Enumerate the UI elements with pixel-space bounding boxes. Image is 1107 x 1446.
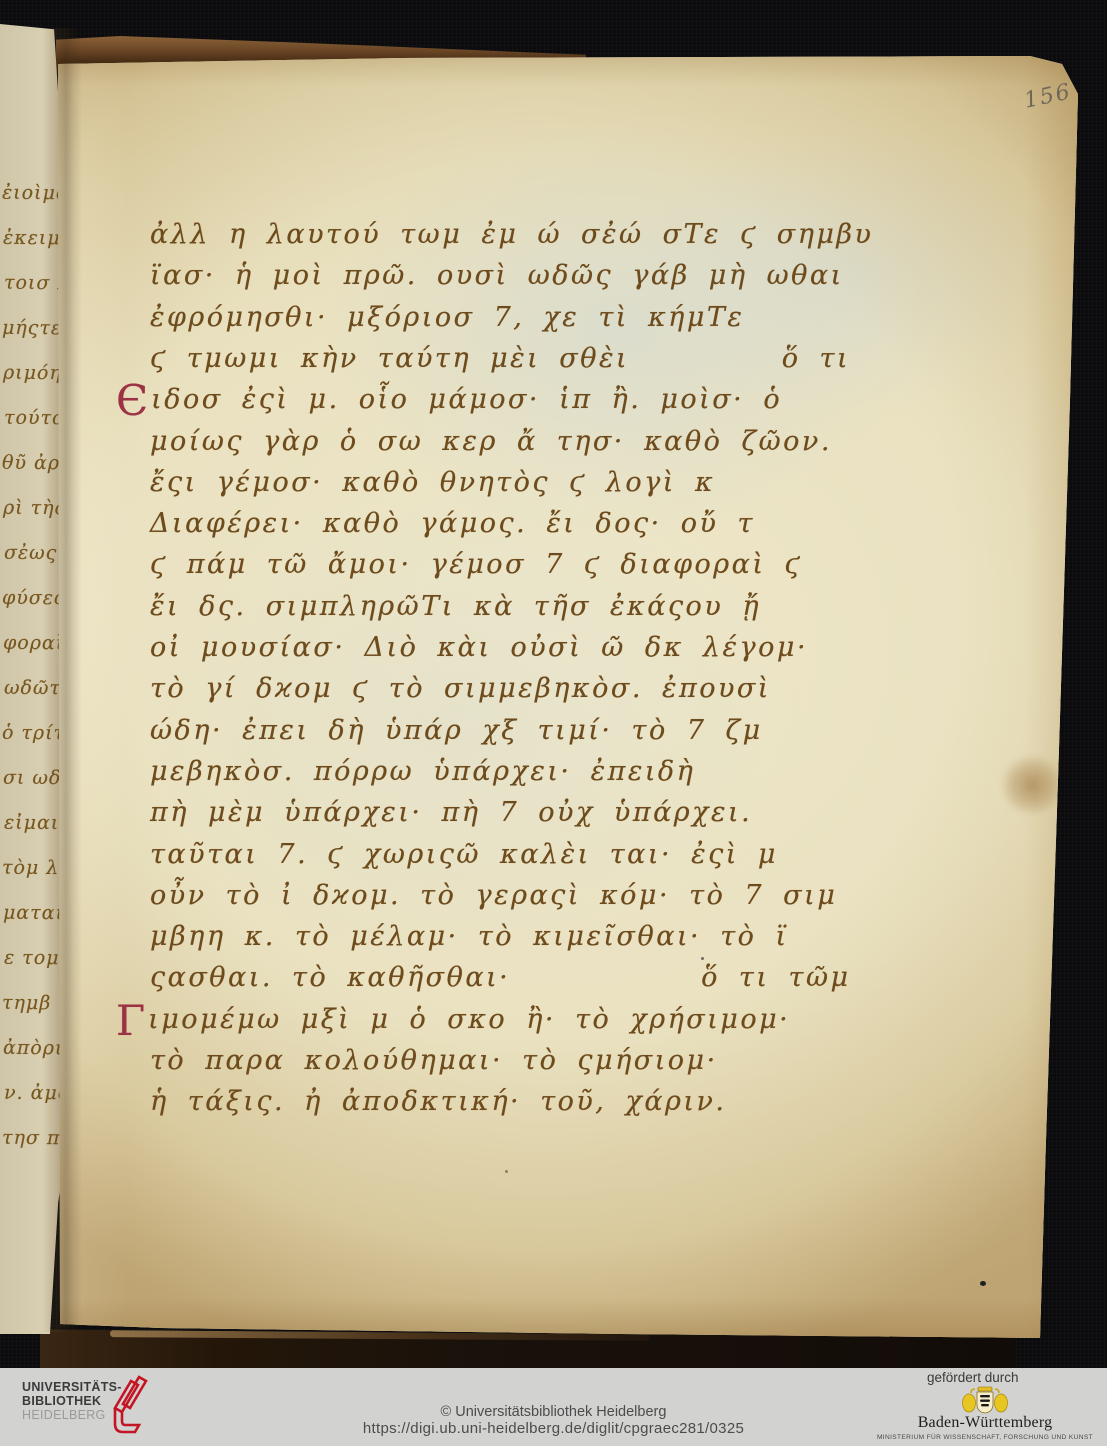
digitized-manuscript-viewer: ἐιοὶμαὶἐκειμτοισ πιμήςτεριμόητιτούτοιθῦ … — [0, 0, 1107, 1446]
manuscript-line-text: Διαφέρει· καθὸ γάμος. ἔι δος· οὔ τ — [150, 508, 755, 539]
facing-page-text-fragment: ἐκειμ — [3, 227, 61, 250]
funding-ministry-line: MINISTERIUM FÜR WISSENSCHAFT, FORSCHUNG … — [870, 1434, 1100, 1441]
manuscript-line-text: ταῦται 7. ϛ χωριςῶ καλὲι ται· ἐςὶ μ — [150, 839, 778, 870]
manuscript-line: οὖν τὸ ἰ δϰομ. τὸ γεραςὶ κόμ· τὸ 7 σιμ — [150, 875, 837, 916]
manuscript-line: ϊασ· ἡ μοὶ πρῶ. ουσὶ ωδῶς γάβ μὴ ωθαι — [150, 255, 844, 296]
manuscript-line: τὸ παρα κολούθημαι· τὸ ςμήσιομ· — [150, 1040, 718, 1081]
rubricated-initial: Γ — [116, 996, 145, 1045]
manuscript-line: ϛ πάμ τῶ ἄμοι· γέμοσ 7 ϛ διαφοραὶ ϛ — [150, 544, 802, 585]
rubricated-initial: Є — [116, 376, 148, 425]
manuscript-line-text: ςασθαι. τὸ καθῆσθαι· ὅ τι τῶμ — [150, 962, 851, 993]
manuscript-line: ἡ τάξις. ἠ ἀποδκτική· τοῦ, χάριν. — [150, 1081, 727, 1122]
manuscript-line: ἀλλ η λαυτού τωμ ἐμ ώ σἐώ σΤε ϛ σημβυ — [150, 214, 873, 255]
parchment-stain — [1000, 754, 1064, 816]
facing-page-text-fragment: τημβ — [2, 992, 51, 1014]
manuscript-line: Διαφέρει· καθὸ γάμος. ἔι δος· οὔ τ — [150, 503, 755, 544]
manuscript-line: ώδη· ἐπει δὴ ὑπάρ χξ τιμί· τὸ 7 ζμ — [150, 710, 763, 751]
manuscript-line-text: ιμομέμω μξὶ μ ὁ σκο ἢ· τὸ χρήσιμομ· — [148, 1004, 790, 1035]
manuscript-line-text: τὸ γί δϰομ ϛ τὸ σιμμεβηκὸσ. ἐπουσὶ — [150, 673, 771, 704]
ink-speck — [505, 1170, 508, 1173]
manuscript-line-text: ἡ τάξις. ἠ ἀποδκτική· τοῦ, χάριν. — [150, 1086, 727, 1117]
facing-page-text-fragment: ἀπὸρι — [3, 1037, 64, 1060]
manuscript-line: μοίως γὰρ ὁ σω κερ ἄ τησ· καθὸ ζῶον. — [150, 421, 832, 462]
footer-bar: UNIVERSITÄTS- BIBLIOTHEK HEIDELBERG © Un… — [0, 1368, 1107, 1446]
manuscript-line-text: ϛ πάμ τῶ ἄμοι· γέμοσ 7 ϛ διαφοραὶ ϛ — [150, 549, 802, 580]
funding-label: gefördert durch — [870, 1370, 1100, 1385]
facing-page-text-fragment: φοραὶ — [3, 632, 64, 655]
ink-speck — [980, 1281, 986, 1286]
manuscript-line-text: ἐφρόμησθι· μξόριοσ 7, χε τὶ κήμΤε — [150, 302, 744, 333]
manuscript-page: 156 ἀλλ η λαυτού τωμ ἐμ ώ σἐώ σΤε ϛ σημβ… — [0, 0, 1107, 1446]
manuscript-line-text: μβηη κ. τὸ μέλαμ· τὸ κιμεῖσθαι· τὸ ϊ — [150, 921, 789, 952]
manuscript-line-text: τὸ παρα κολούθημαι· τὸ ςμήσιομ· — [150, 1045, 718, 1076]
manuscript-line: ἔςι γέμοσ· καθὸ θνητὸς ϛ λογὶ κ — [150, 462, 715, 503]
funding-block: gefördert durch Baden-Württemberg MINIST… — [870, 1370, 1100, 1441]
baden-wuerttemberg-coat-of-arms-icon — [961, 1386, 1009, 1414]
manuscript-line: οἰ μουσίασ· Διὸ κὰι οὐσὶ ῶ δκ λέγομ· — [150, 627, 808, 668]
facing-page-text-fragment: ὁ τρίτ — [2, 722, 65, 745]
manuscript-line: ϛ τμωμι κὴν ταύτη μὲι σθὲι ὅ τι — [150, 338, 850, 379]
manuscript-line: Γιμομέμω μξὶ μ ὁ σκο ἢ· τὸ χρήσιμομ· — [116, 999, 790, 1041]
library-name-line1: UNIVERSITÄTS- — [22, 1380, 122, 1394]
manuscript-line: τὸ γί δϰομ ϛ τὸ σιμμεβηκὸσ. ἐπουσὶ — [150, 668, 771, 709]
manuscript-line: μεβηκὸσ. πόρρω ὑπάρχει· ἐπειδὴ — [150, 751, 695, 792]
manuscript-line-text: ώδη· ἐπει δὴ ὑπάρ χξ τιμί· τὸ 7 ζμ — [150, 715, 763, 746]
facing-page-text-fragment: μήςτε — [2, 317, 62, 340]
manuscript-line-text: οὖν τὸ ἰ δϰομ. τὸ γεραςὶ κόμ· τὸ 7 σιμ — [150, 880, 837, 911]
manuscript-line: ςασθαι. τὸ καθῆσθαι· ὅ τι τῶμ — [150, 957, 851, 998]
manuscript-line: πὴ μὲμ ὑπάρχει· πὴ 7 οὐχ ὑπάρχει. — [150, 792, 752, 833]
manuscript-line-text: ἀλλ η λαυτού τωμ ἐμ ώ σἐώ σΤε ϛ σημβυ — [150, 219, 873, 250]
manuscript-line-text: ἔι δς. σιμπληρῶΤι κὰ τῆσ ἐκάςου ᾔ — [150, 591, 761, 622]
manuscript-line-text: μοίως γὰρ ὁ σω κερ ἄ τησ· καθὸ ζῶον. — [150, 426, 832, 457]
manuscript-line-text: ϛ τμωμι κὴν ταύτη μὲι σθὲι ὅ τι — [150, 343, 850, 374]
manuscript-line-text: οἰ μουσίασ· Διὸ κὰι οὐσὶ ῶ δκ λέγομ· — [150, 632, 808, 663]
manuscript-line-text: ιδοσ ἐςὶ μ. οἷο μάμοσ· ἱπ ἢ. μοὶσ· ὁ — [151, 384, 782, 415]
manuscript-line: μβηη κ. τὸ μέλαμ· τὸ κιμεῖσθαι· τὸ ϊ — [150, 916, 789, 957]
manuscript-line: Єιδοσ ἐςὶ μ. οἷο μάμοσ· ἱπ ἢ. μοὶσ· ὁ — [116, 379, 782, 421]
manuscript-line-text: πὴ μὲμ ὑπάρχει· πὴ 7 οὐχ ὑπάρχει. — [150, 797, 752, 828]
manuscript-line: ταῦται 7. ϛ χωριςῶ καλὲι ται· ἐςὶ μ — [150, 834, 778, 875]
manuscript-line: ἐφρόμησθι· μξόριοσ 7, χε τὶ κήμΤε — [150, 297, 744, 338]
manuscript-line-text: μεβηκὸσ. πόρρω ὑπάρχει· ἐπειδὴ — [150, 756, 695, 787]
manuscript-line-text: ϊασ· ἡ μοὶ πρῶ. ουσὶ ωδῶς γάβ μὴ ωθαι — [150, 260, 844, 291]
facing-page-text-fragment: θῦ ἀρ — [2, 452, 60, 475]
manuscript-line: ἔι δς. σιμπληρῶΤι κὰ τῆσ ἐκάςου ᾔ — [150, 586, 761, 627]
manuscript-line-text: ἔςι γέμοσ· καθὸ θνητὸς ϛ λογὶ κ — [150, 467, 715, 498]
funding-state-name: Baden-Württemberg — [870, 1414, 1100, 1432]
